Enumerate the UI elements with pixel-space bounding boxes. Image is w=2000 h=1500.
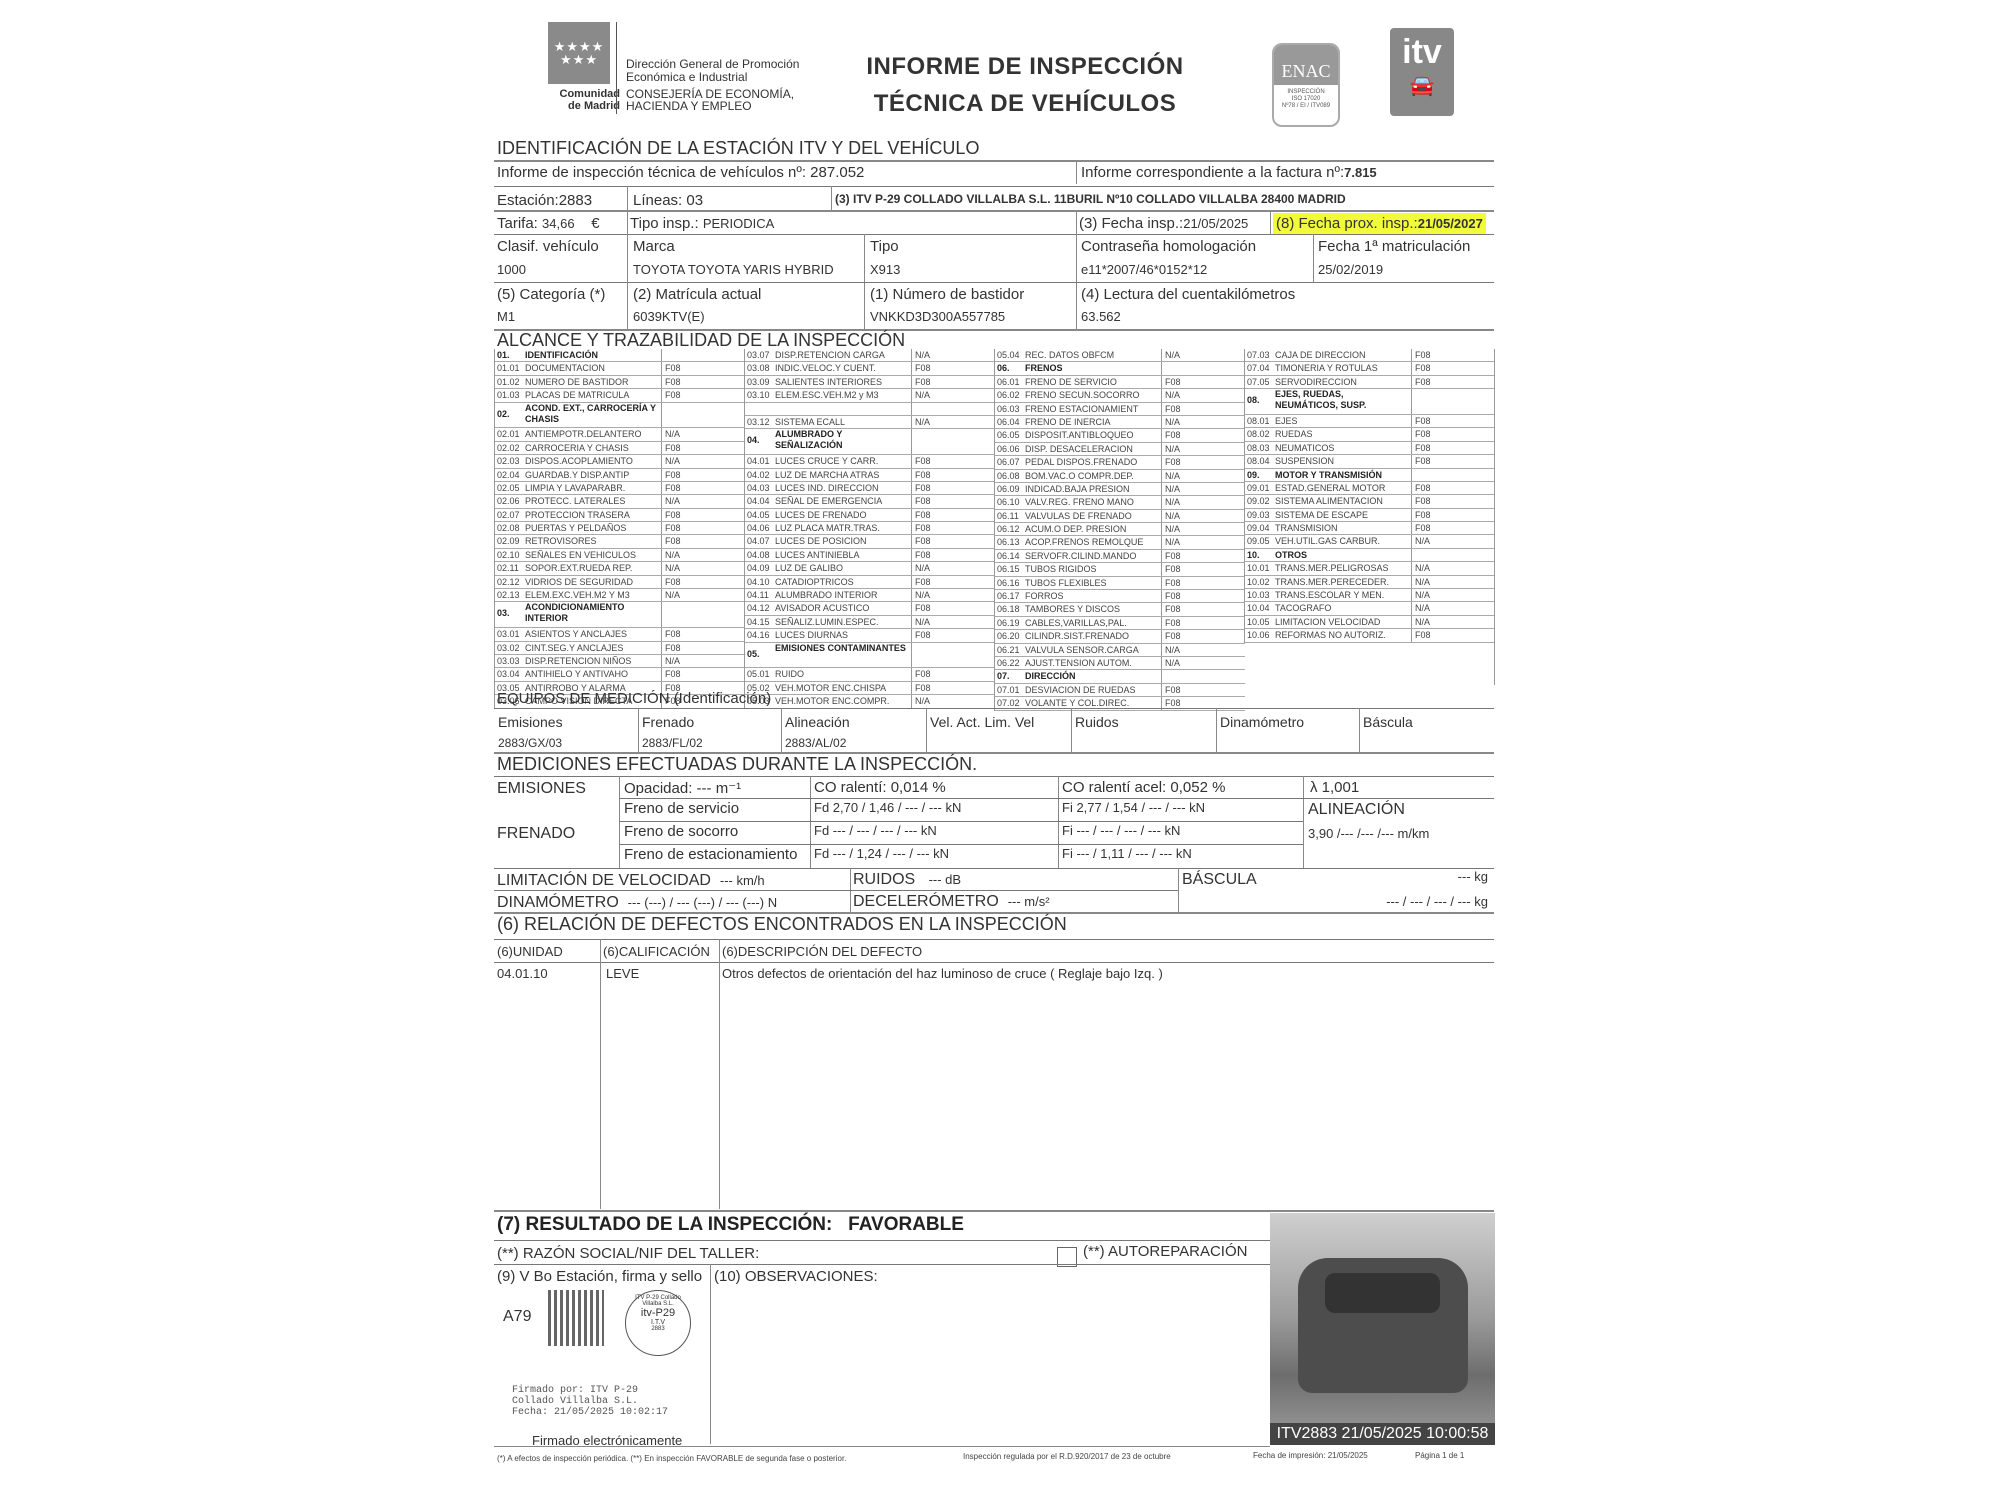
self-repair-label: (**) AUTOREPARACIÓN <box>1083 1243 1247 1260</box>
equipment-label: Vel. Act. Lim. Vel <box>930 714 1034 730</box>
scope-row: 03.03DISP.RETENCION NIÑOSN/A <box>495 655 745 668</box>
speed-limit: LIMITACIÓN DE VELOCIDAD --- km/h <box>497 872 765 890</box>
inspection-type: Tipo insp.: PERIODICA <box>630 215 774 232</box>
equipment-label: Ruidos <box>1075 714 1119 730</box>
scope-row: 06.21VALVULA SENSOR.CARGAN/A <box>995 644 1245 657</box>
scope-row: 06.05DISPOSIT.ANTIBLOQUEOF08 <box>995 429 1245 442</box>
footer-note: (*) A efectos de inspección periódica. (… <box>497 1454 846 1463</box>
opacity: Opacidad: --- m⁻¹ <box>624 779 741 797</box>
scope-row: 02.06PROTECC. LATERALESN/A <box>495 495 745 508</box>
scope-row: 03.07DISP.RETENCION CARGAN/A <box>745 349 995 362</box>
equipment-value: 2883/FL/02 <box>642 736 703 750</box>
station: Estación:2883 <box>497 192 592 209</box>
scope-column: 01.IDENTIFICACIÓN01.01DOCUMENTACIONF0801… <box>494 349 745 709</box>
brake-label: Freno de socorro <box>624 823 738 840</box>
defect-unit: 04.01.10 <box>497 966 548 981</box>
scope-row: 03.04ANTIHIELO Y ANTIVAHOF08 <box>495 668 745 681</box>
station-stamp: ITV P-29 Collado Villalba S.L. itv-P29 I… <box>625 1290 691 1356</box>
scope-row: 04.05LUCES DE FRENADOF08 <box>745 509 995 522</box>
decelerometer: DECELERÓMETRO --- m/s² <box>853 893 1050 911</box>
scope-row: 04.08LUCES ANTINIEBLAF08 <box>745 549 995 562</box>
class-value: 1000 <box>497 262 526 277</box>
scope-row: 06.16TUBOS FLEXIBLESF08 <box>995 577 1245 590</box>
scope-row: 04.09LUZ DE GALIBON/A <box>745 562 995 575</box>
scope-title: ALCANCE Y TRAZABILIDAD DE LA INSPECCIÓN <box>497 330 905 351</box>
scope-row: 07.03CAJA DE DIRECCIONF08 <box>1245 349 1495 362</box>
scope-row: 06.12ACUM.O DEP. PRESIONN/A <box>995 523 1245 536</box>
scope-row: 06.19CABLES,VARILLAS,PAL.F08 <box>995 617 1245 630</box>
scope-row: 04.ALUMBRADO Y SEÑALIZACIÓN <box>745 429 995 455</box>
scope-row: 04.04SEÑAL DE EMERGENCIAF08 <box>745 495 995 508</box>
scope-row: 05.02VEH.MOTOR ENC.CHISPAF08 <box>745 682 995 695</box>
scope-row: 10.03TRANS.ESCOLAR Y MEN.N/A <box>1245 589 1495 602</box>
scope-row: 04.06LUZ PLACA MATR.TRAS.F08 <box>745 522 995 535</box>
scope-row: 06.22AJUST.TENSION AUTOM.N/A <box>995 657 1245 670</box>
page-title: INFORME DE INSPECCIÓNTÉCNICA DE VEHÍCULO… <box>860 48 1190 122</box>
scope-row: 09.03SISTEMA DE ESCAPEF08 <box>1245 509 1495 522</box>
scope-row: 07.01DESVIACION DE RUEDASF08 <box>995 684 1245 697</box>
directorate: Dirección General de PromociónEconómica … <box>626 58 799 84</box>
defect-rating: LEVE <box>606 966 639 981</box>
scope-row: 08.03NEUMATICOSF08 <box>1245 442 1495 455</box>
scope-row: 02.10SEÑALES EN VEHICULOSN/A <box>495 549 745 562</box>
scope-row: 04.12AVISADOR ACUSTICOF08 <box>745 602 995 615</box>
brake-fd: Fd 2,70 / 1,46 / --- / --- kN <box>814 800 961 815</box>
scope-row: 01.03PLACAS DE MATRICULAF08 <box>495 389 745 402</box>
next-inspection-date: (8) Fecha prox. insp.:21/05/2027 <box>1273 213 1486 234</box>
brake-fi: Fi 2,77 / 1,54 / --- / --- kN <box>1062 800 1205 815</box>
scope-row: 05.04REC. DATOS OBFCMN/A <box>995 349 1245 362</box>
scope-row: 03.12SISTEMA ECALLN/A <box>745 416 995 429</box>
photo-caption: ITV2883 21/05/2025 10:00:58 <box>1270 1423 1495 1445</box>
signature-info: Firmado por: ITV P-29Collado Villalba S.… <box>512 1385 668 1418</box>
ministry: CONSEJERÍA DE ECONOMÍA,HACIENDA Y EMPLEO <box>626 88 794 112</box>
brake-fd: Fd --- / --- / --- / --- kN <box>814 823 937 838</box>
brake-fi: Fi --- / 1,11 / --- / --- kN <box>1062 846 1192 861</box>
scope-row: 02.01ANTIEMPOTR.DELANTERON/A <box>495 428 745 441</box>
plate-value: 6039KTV(E) <box>633 309 705 324</box>
fee: Tarifa: 34,66 € <box>497 215 600 232</box>
scope-row: 04.16LUCES DIURNASF08 <box>745 629 995 642</box>
scope-column: 03.07DISP.RETENCION CARGAN/A03.08INDIC.V… <box>744 349 995 709</box>
scope-row: 06.14SERVOFR.CILIND.MANDOF08 <box>995 550 1245 563</box>
scope-row: 09.01ESTAD.GENERAL MOTORF08 <box>1245 482 1495 495</box>
scope-row: 10.04TACOGRAFON/A <box>1245 602 1495 615</box>
scope-row: 09.02SISTEMA ALIMENTACIONF08 <box>1245 495 1495 508</box>
result-value: FAVORABLE <box>848 1214 964 1235</box>
scope-row: 02.02CARROCERIA Y CHASISF08 <box>495 442 745 455</box>
print-date: Fecha de impresión: 21/05/2025 <box>1253 1451 1368 1460</box>
scope-row: 03.ACONDICIONAMIENTO INTERIOR <box>495 602 745 628</box>
scale-value-2: --- / --- / --- / --- kg <box>1300 894 1488 909</box>
scope-row: 01.01DOCUMENTACIONF08 <box>495 362 745 375</box>
scope-row: 10.02TRANS.MER.PERECEDER.N/A <box>1245 576 1495 589</box>
scope-row: 10.05LIMITACION VELOCIDADN/A <box>1245 616 1495 629</box>
approval-label: (9) V Bo Estación, firma y sello <box>497 1268 702 1285</box>
scope-row: 06.01FRENO DE SERVICIOF08 <box>995 376 1245 389</box>
scope-row: 08.EJES, RUEDAS, NEUMÁTICOS, SUSP. <box>1245 389 1495 415</box>
scope-row: 06.10VALV.REG. FRENO MANON/A <box>995 496 1245 509</box>
category-value: M1 <box>497 309 515 324</box>
madrid-logo: ★★★★★★★ <box>548 22 610 84</box>
header-divider <box>616 22 617 114</box>
equipment-value: 2883/AL/02 <box>785 736 846 750</box>
scope-row: 06.15TUBOS RIGIDOSF08 <box>995 563 1245 576</box>
scope-row: 08.02RUEDASF08 <box>1245 428 1495 441</box>
scope-column: 05.04REC. DATOS OBFCMN/A06.FRENOS06.01FR… <box>994 349 1245 711</box>
scope-row: 02.08PUERTAS Y PELDAÑOSF08 <box>495 522 745 535</box>
scope-row: 02.09RETROVISORESF08 <box>495 535 745 548</box>
scope-row: 06.07PEDAL DISPOS.FRENADOF08 <box>995 456 1245 469</box>
equipment-label: Dinamómetro <box>1220 714 1304 730</box>
result: (7) RESULTADO DE LA INSPECCIÓN: FAVORABL… <box>497 1214 964 1236</box>
scale-label: BÁSCULA <box>1182 871 1257 889</box>
lines: Líneas: 03 <box>633 192 703 209</box>
scope-row: 06.09INDICAD.BAJA PRESIONN/A <box>995 483 1245 496</box>
car-icon: 🚘 <box>1392 74 1452 98</box>
brake-label: Freno de servicio <box>624 800 739 817</box>
scope-row: 06.20CILINDR.SIST.FRENADOF08 <box>995 630 1245 643</box>
scope-row: 02.07PROTECCION TRASERAF08 <box>495 509 745 522</box>
scope-row: 06.06DISP. DESACELERACIONN/A <box>995 443 1245 456</box>
report-number: Informe de inspección técnica de vehícul… <box>497 164 864 181</box>
lambda: λ 1,001 <box>1310 779 1359 796</box>
defect-description: Otros defectos de orientación del haz lu… <box>722 966 1163 981</box>
vin-label: (1) Número de bastidor <box>870 286 1024 303</box>
scope-row: 02.ACOND. EXT., CARROCERÍA Y CHASIS <box>495 403 745 429</box>
brand-value: TOYOTA TOYOTA YARIS HYBRID <box>633 262 834 277</box>
scope-row: 02.12VIDRIOS DE SEGURIDADF08 <box>495 576 745 589</box>
scope-row: 02.11SOPOR.EXT.RUEDA REP.N/A <box>495 562 745 575</box>
scope-row: 04.11ALUMBRADO INTERIORN/A <box>745 589 995 602</box>
scope-row: 10.OTROS <box>1245 549 1495 562</box>
scope-row: 04.07LUCES DE POSICIONF08 <box>745 535 995 548</box>
qr-code-icon <box>548 1290 604 1346</box>
scope-row: 06.04FRENO DE INERCIAN/A <box>995 416 1245 429</box>
scope-row: 09.05VEH.UTIL.GAS CARBUR.N/A <box>1245 535 1495 548</box>
scope-row: 02.04GUARDAB.Y DISP.ANTIPF08 <box>495 469 745 482</box>
invoice-number: Informe correspondiente a la factura nº:… <box>1081 164 1377 181</box>
scope-row: 01.02NUMERO DE BASTIDORF08 <box>495 376 745 389</box>
itv-logo: itv🚘 <box>1390 28 1454 116</box>
scope-row: 09.04TRANSMISIONF08 <box>1245 522 1495 535</box>
footer-regulation: Inspección regulada por el R.D.920/2017 … <box>963 1452 1171 1461</box>
scope-row: 06.11VALVULAS DE FRENADON/A <box>995 510 1245 523</box>
defects-title: (6) RELACIÓN DE DEFECTOS ENCONTRADOS EN … <box>497 914 1067 935</box>
equipment-label: Báscula <box>1363 714 1413 730</box>
homologation-value: e11*2007/46*0152*12 <box>1081 262 1207 277</box>
inspection-date: (3) Fecha insp.:21/05/2025 <box>1079 215 1248 232</box>
enac-logo: ENAC INSPECCIÓNISO 17020Nº78 / EI / ITV0… <box>1272 43 1340 127</box>
equipment-label: Frenado <box>642 714 694 730</box>
scope-row: 04.02LUZ DE MARCHA ATRASF08 <box>745 469 995 482</box>
scope-row: 08.04SUSPENSIONF08 <box>1245 455 1495 468</box>
brand-label: Marca <box>633 238 675 255</box>
odometer-label: (4) Lectura del cuentakilómetros <box>1081 286 1295 303</box>
scope-column: 07.03CAJA DE DIRECCIONF0807.04TIMONERIA … <box>1244 349 1495 643</box>
org-name: Comunidadde Madrid <box>540 88 620 112</box>
scope-row: 04.10CATADIOPTRICOSF08 <box>745 576 995 589</box>
measurements-title: MEDICIONES EFECTUADAS DURANTE LA INSPECC… <box>497 754 977 775</box>
scope-row: 03.01ASIENTOS Y ANCLAJESF08 <box>495 628 745 641</box>
scope-row: 06.08BOM.VAC.O COMPR.DEP.N/A <box>995 470 1245 483</box>
co-idle: CO ralentí: 0,014 % <box>814 779 946 796</box>
brake-label: Freno de estacionamiento <box>624 846 797 863</box>
observations-label: (10) OBSERVACIONES: <box>714 1268 878 1285</box>
class-label: Clasif. vehículo <box>497 238 599 255</box>
alignment-label: ALINEACIÓN <box>1308 801 1405 819</box>
scope-row <box>745 403 995 416</box>
type-label: Tipo <box>870 238 899 255</box>
scope-row: 02.13ELEM.EXC.VEH.M2 Y M3N/A <box>495 589 745 602</box>
plate-label: (2) Matrícula actual <box>633 286 761 303</box>
vin-value: VNKKD3D300A557785 <box>870 309 1005 324</box>
scope-row: 05.03VEH.MOTOR ENC.COMPR.N/A <box>745 695 995 708</box>
equipment-label: Alineación <box>785 714 850 730</box>
scale-value-1: --- kg <box>1380 869 1488 884</box>
scope-row: 10.01TRANS.MER.PELIGROSASN/A <box>1245 562 1495 575</box>
inspection-report: ★★★★★★★ Comunidadde Madrid Dirección Gen… <box>0 0 2000 1500</box>
equipment-value: 2883/GX/03 <box>498 736 562 750</box>
scope-row: 09.MOTOR Y TRANSMISIÓN <box>1245 469 1495 482</box>
category-label: (5) Categoría (*) <box>497 286 605 303</box>
stars-icon: ★★★★★★★ <box>548 22 610 66</box>
scope-row: 06.18TAMBORES Y DISCOSF08 <box>995 603 1245 616</box>
scope-row: 02.05LIMPIA Y LAVAPARABR.F08 <box>495 482 745 495</box>
defects-header-description: (6)DESCRIPCIÓN DEL DEFECTO <box>722 944 922 959</box>
scope-row: 07.DIRECCIÓN <box>995 670 1245 683</box>
noise: RUIDOS --- dB <box>853 871 961 889</box>
first-registration-label: Fecha 1ª matriculación <box>1318 238 1470 255</box>
scope-row: 04.03LUCES IND. DIRECCIONF08 <box>745 482 995 495</box>
equipment-label: Emisiones <box>498 714 563 730</box>
equipment-title: EQUIPOS DE MEDICIÓN (Identificación) <box>497 690 771 707</box>
scope-row: 02.03DISPOS.ACOPLAMIENTON/A <box>495 455 745 468</box>
scope-row: 03.10ELEM.ESC.VEH.M2 y M3N/A <box>745 389 995 402</box>
station-address: (3) ITV P-29 COLLADO VILLALBA S.L. 11BUR… <box>835 192 1346 206</box>
defects-header-rating: (6)CALIFICACIÓN <box>603 944 710 959</box>
scope-row: 05.01RUIDOF08 <box>745 668 995 681</box>
scope-row: 07.05SERVODIRECCIONF08 <box>1245 376 1495 389</box>
scope-row: 05.EMISIONES CONTAMINANTES <box>745 643 995 669</box>
scope-row: 06.17FORROSF08 <box>995 590 1245 603</box>
braking-label: FRENADO <box>497 825 575 843</box>
defects-header-unit: (6)UNIDAD <box>497 944 563 959</box>
scope-row: 06.13ACOP.FRENOS REMOLQUEN/A <box>995 536 1245 549</box>
scope-row: 03.09SALIENTES INTERIORESF08 <box>745 376 995 389</box>
scope-row: 08.01EJESF08 <box>1245 415 1495 428</box>
alignment-value: 3,90 /--- /--- /--- m/km <box>1308 826 1429 841</box>
first-registration-value: 25/02/2019 <box>1318 262 1383 277</box>
scope-row: 03.02CINT.SEG.Y ANCLAJESF08 <box>495 642 745 655</box>
vehicle-photo: ITV2883 21/05/2025 10:00:58 <box>1270 1213 1495 1445</box>
brake-fi: Fi --- / --- / --- / --- kN <box>1062 823 1180 838</box>
identification-title: IDENTIFICACIÓN DE LA ESTACIÓN ITV Y DEL … <box>497 138 979 159</box>
scope-row: 03.08INDIC.VELOC.Y CUENT.F08 <box>745 362 995 375</box>
type-value: X913 <box>870 262 900 277</box>
scope-row: 07.04TIMONERIA Y ROTULASF08 <box>1245 362 1495 375</box>
scope-row: 04.15SEÑALIZ.LUMIN.ESPEC.N/A <box>745 616 995 629</box>
brake-fd: Fd --- / 1,24 / --- / --- kN <box>814 846 949 861</box>
scope-row: 04.01LUCES CRUCE Y CARR.F08 <box>745 455 995 468</box>
scope-row: 10.06REFORMAS NO AUTORIZ.F08 <box>1245 629 1495 642</box>
co-idle-accel: CO ralentí acel: 0,052 % <box>1062 779 1225 796</box>
dynamometer: DINAMÓMETRO --- (---) / --- (---) / --- … <box>497 894 777 912</box>
homologation-label: Contraseña homologación <box>1081 238 1256 255</box>
scope-row: 06.FRENOS <box>995 362 1245 375</box>
page-number: Página 1 de 1 <box>1415 1451 1464 1460</box>
workshop-label: (**) RAZÓN SOCIAL/NIF DEL TALLER: <box>497 1245 759 1262</box>
scope-row: 01.IDENTIFICACIÓN <box>495 349 745 362</box>
scope-row: 06.02FRENO SECUN.SOCORRON/A <box>995 389 1245 402</box>
emissions-label: EMISIONES <box>497 780 586 798</box>
scope-row: 06.03FRENO ESTACIONAMIENTF08 <box>995 403 1245 416</box>
odometer-value: 63.562 <box>1081 309 1121 324</box>
approval-code: A79 <box>503 1308 531 1326</box>
